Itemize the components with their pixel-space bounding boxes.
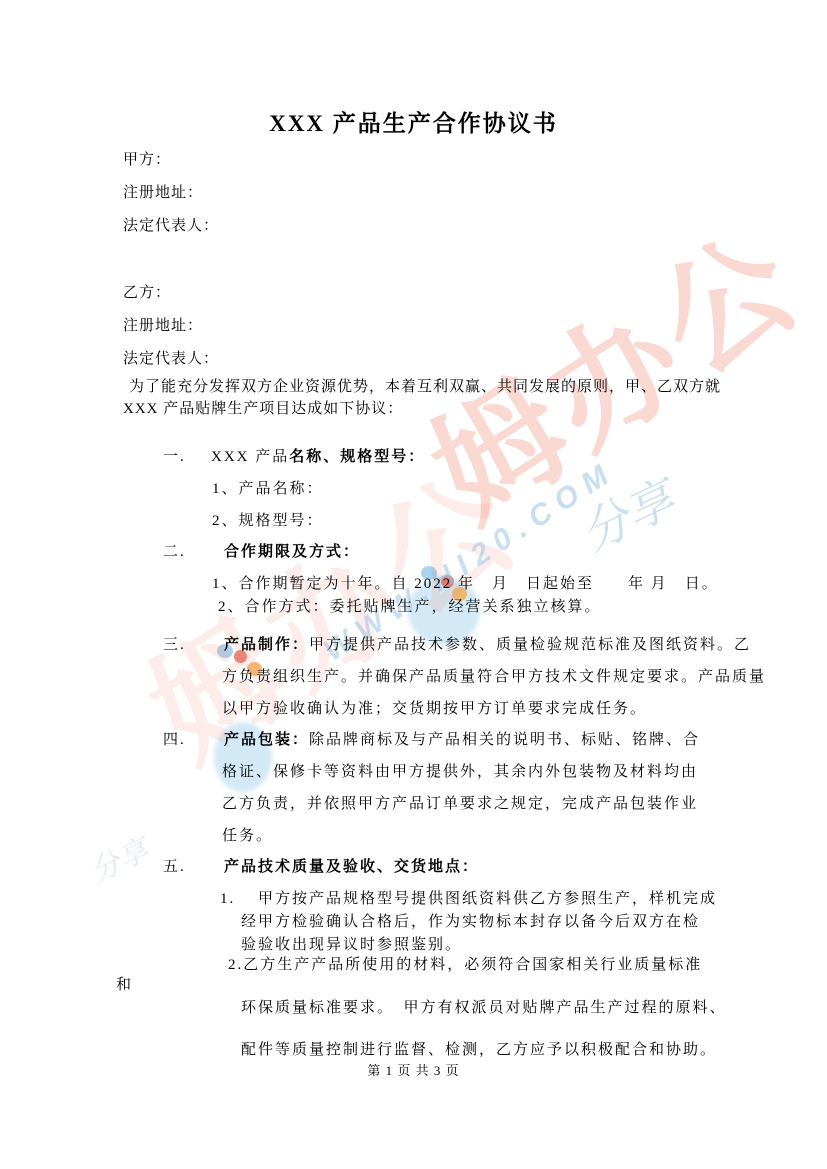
heading-text: 名称、规格型号： bbox=[289, 449, 425, 465]
body-text: XXX 产品贴牌生产项目达成如下协议： bbox=[123, 401, 403, 417]
page-number-footer: 第 1 页 共 3 页 bbox=[0, 1062, 827, 1080]
list-item: 一.XXX 产品名称、规格型号： bbox=[0, 447, 827, 467]
document-line: 任务。 bbox=[0, 826, 827, 846]
body-text: 为了能充分发挥双方企业资源优势，本着互利双赢、共同发展的原则，甲、乙双方就 bbox=[129, 379, 721, 395]
document-line: 格证、保修卡等资料由甲方提供外，其余内外包装物及材料均由 bbox=[0, 762, 827, 782]
body-text: 乙方： bbox=[123, 285, 171, 301]
body-text: 除品牌商标及与产品相关的说明书、标贴、铭牌、合 bbox=[309, 732, 700, 748]
document-title: XXX 产品生产合作协议书 bbox=[0, 111, 827, 137]
document-line: 1、合作期暂定为十年。自 2022 年 月 日起始至 年 月 日。 bbox=[0, 574, 827, 594]
document-line: 乙方负责，并依照甲方产品订单要求之规定，完成产品包装作业 bbox=[0, 794, 827, 814]
document-line: 乙方： bbox=[0, 283, 827, 303]
document-body: XXX 产品生产合作协议书 甲方：注册地址：法定代表人：乙方：注册地址：法定代表… bbox=[0, 0, 827, 1169]
list-item: 三.产品制作：甲方提供产品技术参数、质量检验规范标准及图纸资料。乙 bbox=[0, 635, 827, 655]
body-text: XXX 产品 bbox=[211, 449, 289, 465]
list-item-marker: 二. bbox=[163, 542, 186, 562]
document-line: 以甲方验收确认为准；交货期按甲方订单要求完成任务。 bbox=[0, 699, 827, 719]
document-line: 法定代表人： bbox=[0, 216, 827, 236]
list-item-marker: 一. bbox=[163, 447, 186, 467]
list-item: 二.合作期限及方式： bbox=[0, 542, 827, 562]
list-item-marker: 三. bbox=[163, 635, 186, 655]
document-line: 1. 甲方按产品规格型号提供图纸资料供乙方参照生产，样机完成 bbox=[0, 889, 827, 909]
body-text: 2、合作方式：委托贴牌生产，经营关系独立核算。 bbox=[218, 599, 602, 615]
heading-text: 产品技术质量及验收、交货地点： bbox=[224, 859, 479, 875]
document-line: 验验收出现异议时参照鉴别。 bbox=[0, 935, 827, 955]
document-page: 姆办公 姆办公 WWW.HI20.COM 分享 分享 XXX 产品生产合作协议书… bbox=[0, 0, 827, 1169]
document-line: 甲方： bbox=[0, 150, 827, 170]
body-text: 格证、保修卡等资料由甲方提供外，其余内外包装物及材料均由 bbox=[222, 764, 698, 780]
document-line: 环保质量标准要求。 甲方有权派员对贴牌产品生产过程的原料、 bbox=[0, 998, 827, 1018]
body-text: 任务。 bbox=[222, 828, 273, 844]
document-line: 注册地址： bbox=[0, 183, 827, 203]
document-line: 法定代表人： bbox=[0, 349, 827, 369]
body-text: 注册地址： bbox=[123, 318, 203, 334]
body-text: 2.乙方生产产品所使用的材料，必须符合国家相关行业质量标准 bbox=[228, 957, 702, 973]
list-item-marker: 五. bbox=[163, 857, 186, 877]
document-line: 2、规格型号： bbox=[0, 511, 827, 531]
body-text: 验验收出现异议时参照鉴别。 bbox=[241, 937, 462, 953]
body-text: 环保质量标准要求。 甲方有权派员对贴牌产品生产过程的原料、 bbox=[241, 1000, 727, 1016]
document-line: 方负责组织生产。并确保产品质量符合甲方技术文件规定要求。产品质量 bbox=[0, 667, 827, 687]
document-line: 配件等质量控制进行监督、检测，乙方应予以积极配合和协助。 bbox=[0, 1040, 827, 1060]
document-line: XXX 产品贴牌生产项目达成如下协议： bbox=[0, 399, 827, 419]
body-text: 法定代表人： bbox=[123, 218, 219, 234]
heading-text: 产品制作： bbox=[224, 637, 309, 653]
heading-text: 产品包装： bbox=[224, 732, 309, 748]
body-text: 甲方提供产品技术参数、质量检验规范标准及图纸资料。乙 bbox=[309, 637, 751, 653]
list-item: 五.产品技术质量及验收、交货地点： bbox=[0, 857, 827, 877]
document-line: 1、产品名称： bbox=[0, 479, 827, 499]
body-text: 方负责组织生产。并确保产品质量符合甲方技术文件规定要求。产品质量 bbox=[222, 669, 766, 685]
body-text: 甲方： bbox=[123, 152, 171, 168]
document-line: 和 bbox=[0, 975, 827, 995]
document-line: 注册地址： bbox=[0, 316, 827, 336]
list-item-marker: 四. bbox=[163, 730, 186, 750]
body-text: 配件等质量控制进行监督、检测，乙方应予以积极配合和协助。 bbox=[241, 1042, 717, 1058]
body-text: 以甲方验收确认为准；交货期按甲方订单要求完成任务。 bbox=[222, 701, 647, 717]
document-line: 2、合作方式：委托贴牌生产，经营关系独立核算。 bbox=[0, 597, 827, 617]
blank-line bbox=[0, 236, 827, 270]
list-item: 四.产品包装：除品牌商标及与产品相关的说明书、标贴、铭牌、合 bbox=[0, 730, 827, 750]
body-text: 和 bbox=[116, 977, 132, 993]
document-line: 2.乙方生产产品所使用的材料，必须符合国家相关行业质量标准 bbox=[0, 955, 827, 975]
body-text: 1、产品名称： bbox=[212, 481, 324, 497]
document-lines: 甲方：注册地址：法定代表人：乙方：注册地址：法定代表人：为了能充分发挥双方企业资… bbox=[0, 150, 827, 1060]
body-text: 经甲方检验确认合格后，作为实物标本封存以备今后双方在检 bbox=[241, 914, 700, 930]
heading-text: 合作期限及方式： bbox=[224, 544, 360, 560]
body-text: 2、规格型号： bbox=[212, 513, 324, 529]
document-line: 经甲方检验确认合格后，作为实物标本封存以备今后双方在检 bbox=[0, 912, 827, 932]
body-text: 注册地址： bbox=[123, 185, 203, 201]
body-text: 1. 甲方按产品规格型号提供图纸资料供乙方参照生产，样机完成 bbox=[220, 891, 717, 907]
document-line: 为了能充分发挥双方企业资源优势，本着互利双赢、共同发展的原则，甲、乙双方就 bbox=[0, 377, 827, 397]
body-text: 1、合作期暂定为十年。自 2022 年 月 日起始至 年 月 日。 bbox=[212, 576, 719, 592]
body-text: 乙方负责，并依照甲方产品订单要求之规定，完成产品包装作业 bbox=[222, 796, 698, 812]
body-text: 法定代表人： bbox=[123, 351, 219, 367]
